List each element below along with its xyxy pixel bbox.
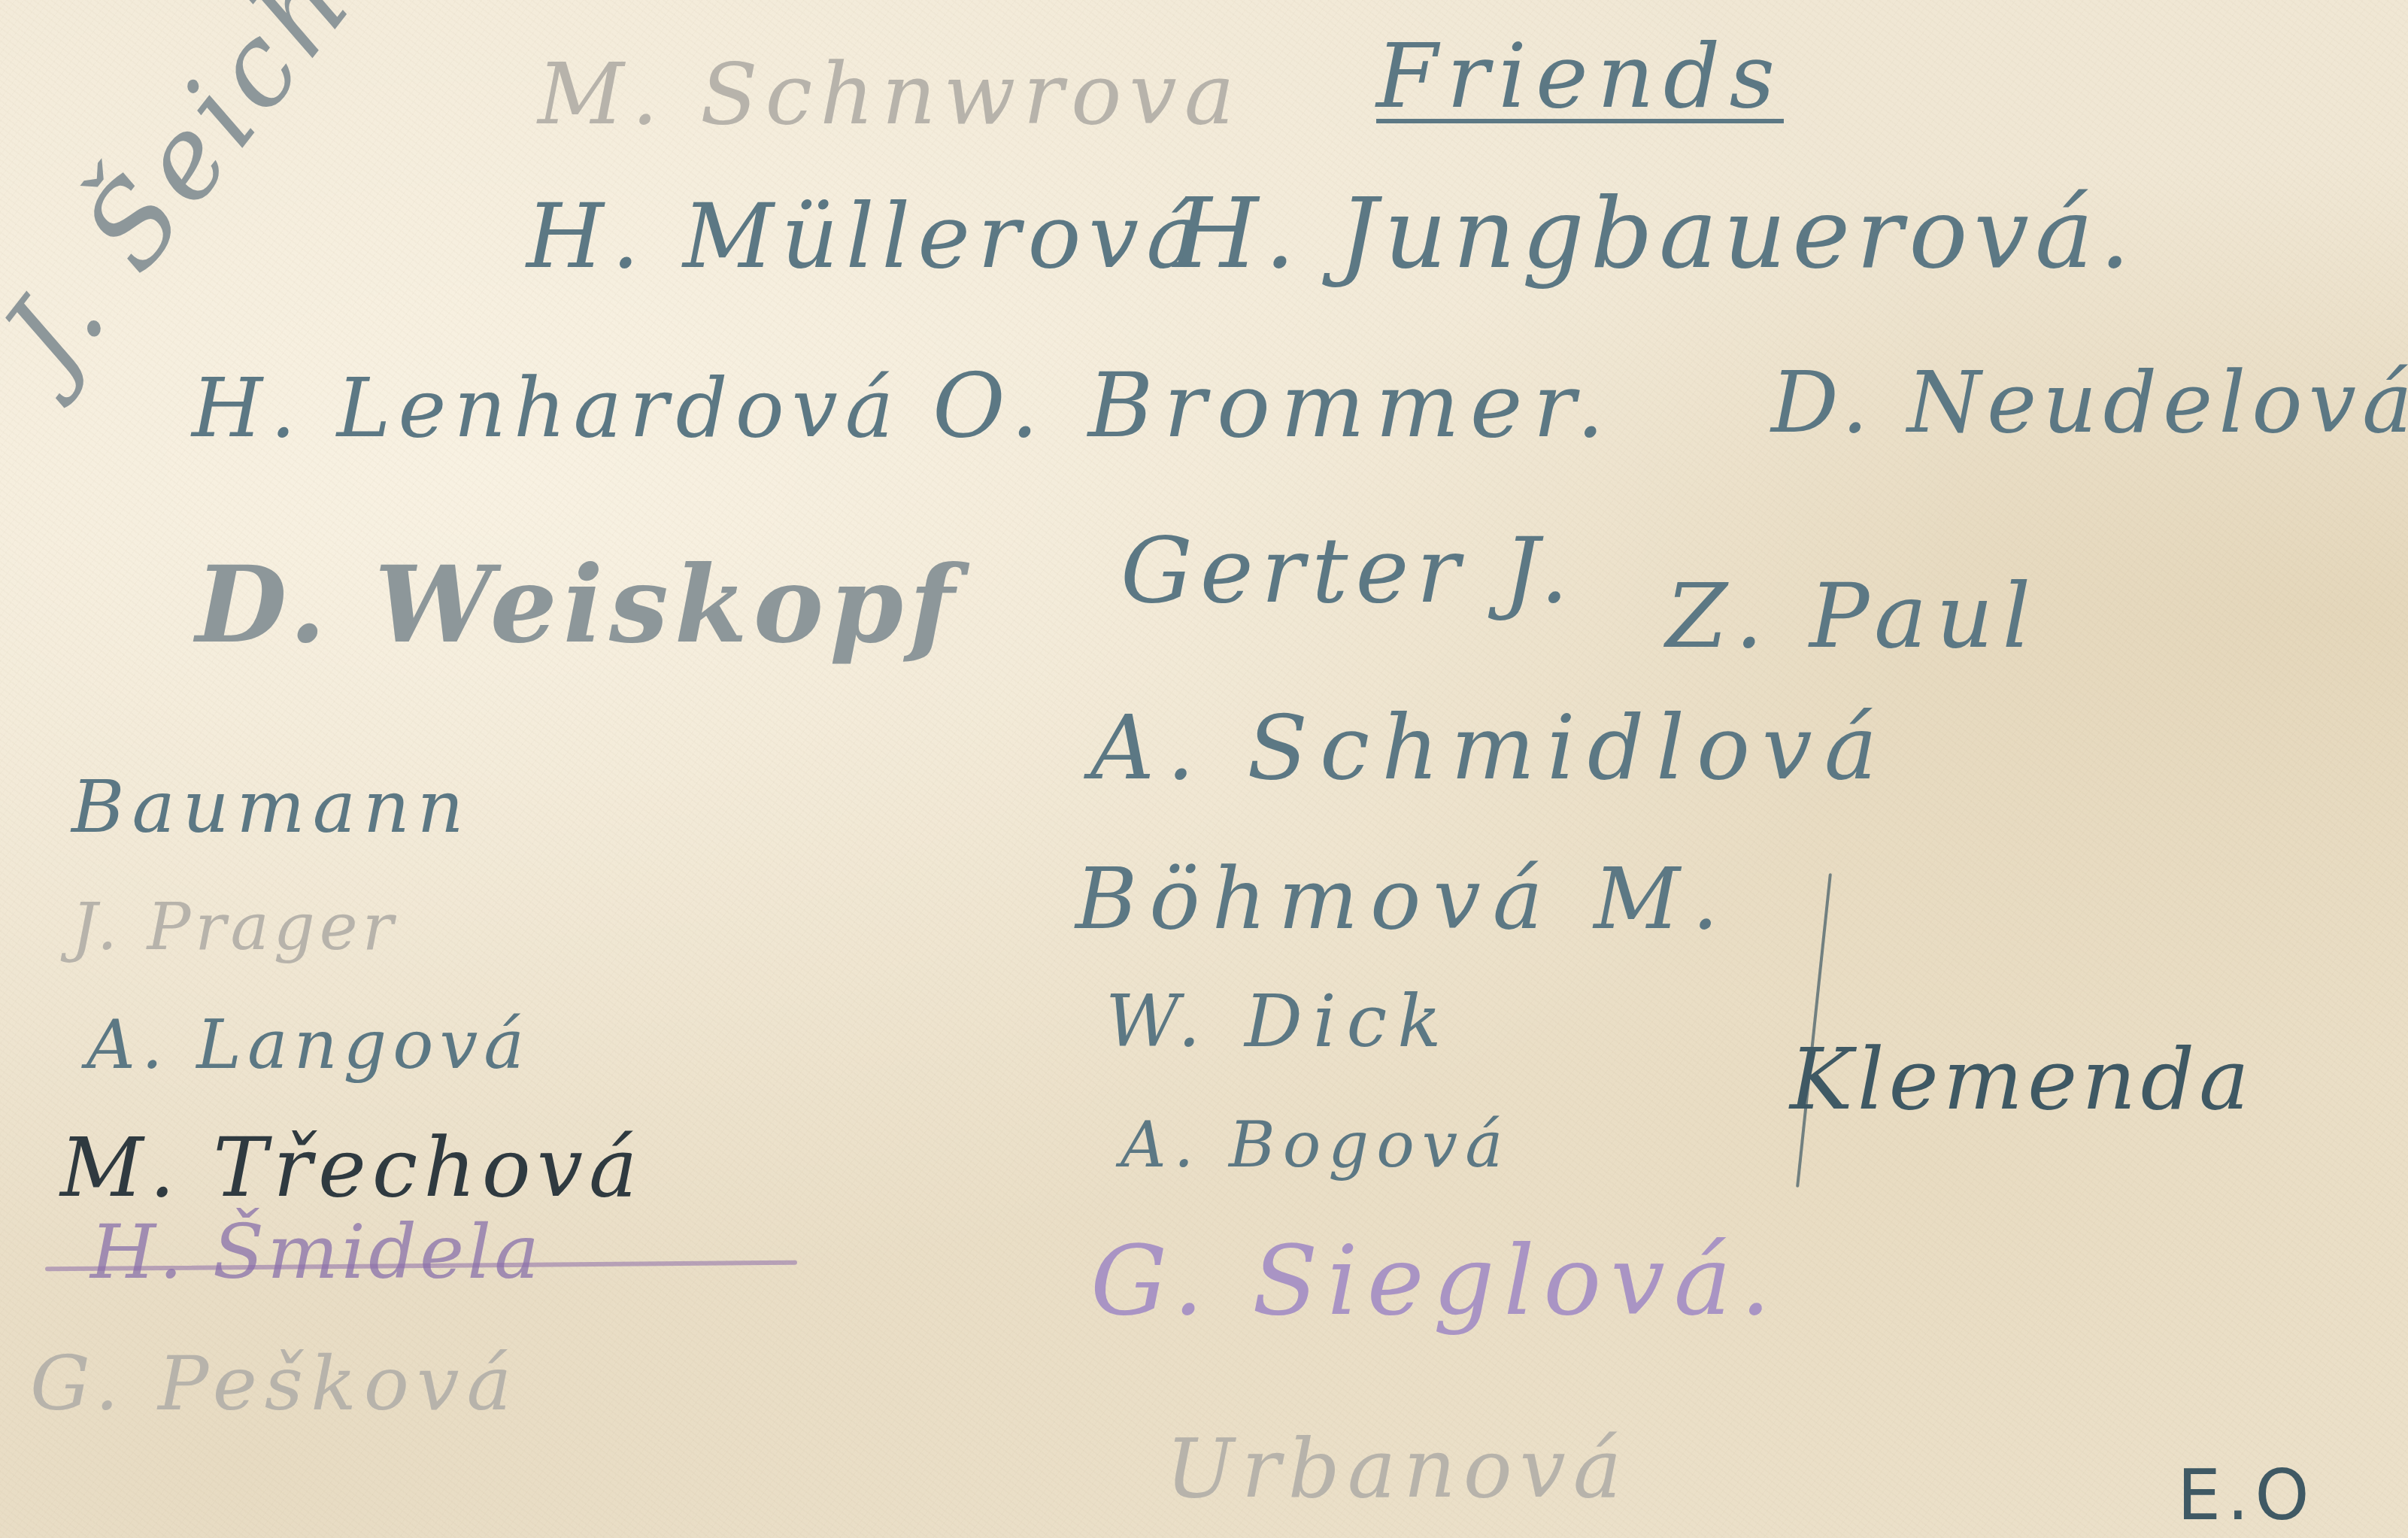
signature-d-neudelova: D. Neudelová	[1771, 361, 2408, 445]
signature-a-langova: A. Langová	[86, 1012, 530, 1079]
signature-baumann: Baumann	[71, 771, 472, 843]
signature-h-jungbauerova: H. Jungbauerová.	[1173, 184, 2137, 282]
signature-gerter-j: Gerter J.	[1121, 526, 1576, 617]
signature-card: J. Šeich M. Schnwrova Friends H. Müllero…	[0, 0, 2408, 1538]
signature-o-brommer: O. Brommer.	[933, 361, 1615, 450]
signature-g-sieglova: G. Sieglová.	[1090, 1233, 1780, 1330]
signature-bohmova-m: Böhmová M.	[1075, 857, 1730, 942]
signature-h-mullerova: H. Müllerová	[526, 192, 1207, 281]
signature-a-schmidlova: A. Schmidlová	[1090, 703, 1889, 792]
signature-g-peskova: G. Pešková	[30, 1346, 519, 1421]
signature-z-paul: Z. Paul	[1666, 572, 2040, 660]
signature-h-smidela: H. Šmidela	[90, 1215, 542, 1290]
signature-a-bogova: A. Bogová	[1121, 1113, 1510, 1176]
signature-w-dick: W. Dick	[1105, 985, 1452, 1057]
signature-m-trechova: M. Třechová	[60, 1128, 643, 1209]
signature-m-schonova: M. Schnwrova	[538, 53, 1242, 137]
klemenda-flourish	[1796, 873, 1832, 1188]
heading-friends: Friends	[1376, 32, 1784, 120]
signature-d-weiskopf: D. Weiskopf	[196, 553, 960, 658]
signature-urbanova: Urbanová	[1166, 1429, 1629, 1510]
initials-e-o: E.O	[2177, 1455, 2316, 1536]
signature-klemenda: Klemenda	[1790, 1038, 2254, 1122]
signature-h-lenhardova: H. Lenhardová	[192, 369, 901, 450]
signature-j-prager: J. Prager	[71, 895, 398, 960]
signature-j-seich: J. Šeich	[0, 0, 373, 392]
